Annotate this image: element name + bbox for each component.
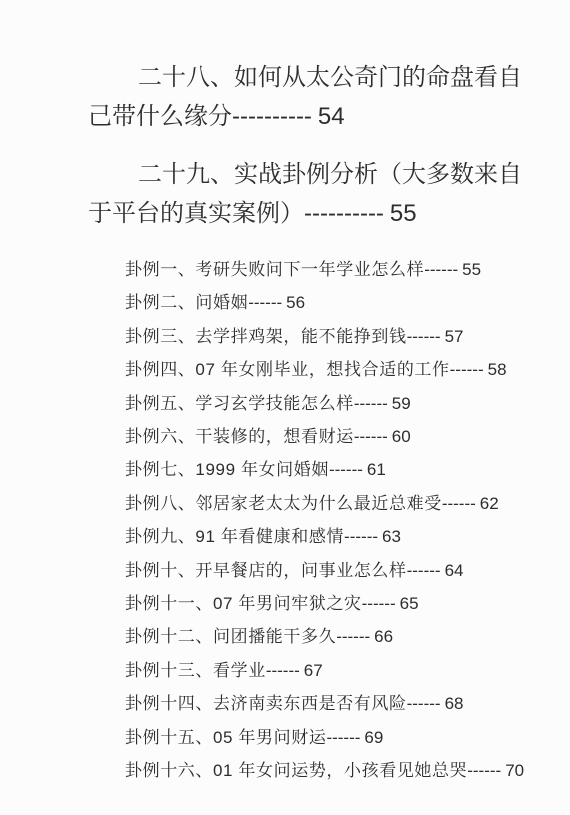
toc-entry-10-page-number: 64	[445, 561, 464, 580]
toc-entry-12: 卦例十二、问团播能干多久------66	[125, 620, 545, 653]
toc-entry-1-leader: ------	[424, 260, 458, 279]
toc-entry-9-leader: ------	[344, 527, 378, 546]
toc-entry-8-label: 卦例八、邻居家老太太为什么最近总难受	[125, 494, 442, 513]
toc-entry-4-leader: ------	[450, 360, 484, 379]
toc-entry-list: 卦例一、考研失败问下一年学业怎么样------55 卦例二、问婚姻------5…	[125, 253, 545, 788]
toc-entry-2: 卦例二、问婚姻------56	[125, 286, 545, 319]
toc-entry-10: 卦例十、开早餐店的，问事业怎么样------64	[125, 554, 545, 587]
toc-entry-13: 卦例十三、看学业------67	[125, 654, 545, 687]
toc-entry-6-label: 卦例六、干装修的，想看财运	[125, 427, 354, 446]
toc-heading-29: 二十九、实战卦例分析（大多数来自 于平台的真实案例）----------55	[88, 155, 533, 233]
toc-entry-9-page-number: 63	[382, 527, 401, 546]
toc-entry-16-leader: ------	[467, 761, 501, 780]
toc-entry-15-page-number: 69	[364, 728, 383, 747]
toc-entry-14-label: 卦例十四、去济南卖东西是否有风险	[125, 694, 407, 713]
toc-entry-6-page-number: 60	[392, 427, 411, 446]
toc-entry-11-label: 卦例十一、07 年男问牢狱之灾	[125, 594, 362, 613]
toc-entry-8-page-number: 62	[480, 494, 499, 513]
toc-entry-9-label: 卦例九、91 年看健康和感情	[125, 527, 344, 546]
toc-entry-7-page-number: 61	[367, 460, 386, 479]
toc-entry-14: 卦例十四、去济南卖东西是否有风险------68	[125, 687, 545, 720]
toc-entry-5-page-number: 59	[392, 394, 411, 413]
toc-entry-4-page-number: 58	[488, 360, 507, 379]
toc-entry-16: 卦例十六、01 年女问运势，小孩看见她总哭------70	[125, 754, 545, 787]
toc-entry-16-page-number: 70	[505, 761, 524, 780]
toc-heading-28-line2: 己带什么缘分----------54	[88, 97, 533, 136]
toc-entry-8: 卦例八、邻居家老太太为什么最近总难受------62	[125, 487, 545, 520]
toc-entry-12-label: 卦例十二、问团播能干多久	[125, 627, 336, 646]
toc-entry-4-label: 卦例四、07 年女刚毕业，想找合适的工作	[125, 360, 450, 379]
toc-entry-5-label: 卦例五、学习玄学技能怎么样	[125, 394, 354, 413]
toc-entry-3-page-number: 57	[445, 327, 464, 346]
toc-heading-28: 二十八、如何从太公奇门的命盘看自 己带什么缘分----------54	[88, 58, 533, 136]
toc-entry-3: 卦例三、去学拌鸡架，能不能挣到钱------57	[125, 320, 545, 353]
toc-entry-6: 卦例六、干装修的，想看财运------60	[125, 420, 545, 453]
toc-heading-29-page-number: 55	[390, 200, 417, 227]
toc-heading-29-leader: ----------	[304, 200, 384, 227]
toc-entry-1: 卦例一、考研失败问下一年学业怎么样------55	[125, 253, 545, 286]
toc-entry-7-label: 卦例七、1999 年女问婚姻	[125, 460, 329, 479]
toc-entry-7: 卦例七、1999 年女问婚姻------61	[125, 453, 545, 486]
toc-entry-9: 卦例九、91 年看健康和感情------63	[125, 520, 545, 553]
toc-entry-15: 卦例十五、05 年男问财运------69	[125, 721, 545, 754]
toc-entry-7-leader: ------	[329, 460, 363, 479]
toc-heading-28-page-number: 54	[318, 103, 345, 130]
toc-heading-28-leader: ----------	[232, 103, 312, 130]
toc-entry-11: 卦例十一、07 年男问牢狱之灾------65	[125, 587, 545, 620]
toc-entry-15-leader: ------	[326, 728, 360, 747]
toc-entry-2-page-number: 56	[286, 293, 305, 312]
toc-entry-5: 卦例五、学习玄学技能怎么样------59	[125, 387, 545, 420]
toc-entry-15-label: 卦例十五、05 年男问财运	[125, 728, 326, 747]
toc-heading-28-line2-text: 己带什么缘分	[88, 103, 232, 130]
toc-entry-1-label: 卦例一、考研失败问下一年学业怎么样	[125, 260, 424, 279]
toc-entry-14-leader: ------	[407, 694, 441, 713]
toc-entry-13-page-number: 67	[304, 661, 323, 680]
toc-entry-16-label: 卦例十六、01 年女问运势，小孩看见她总哭	[125, 761, 467, 780]
document-page: 二十八、如何从太公奇门的命盘看自 己带什么缘分----------54 二十九、…	[0, 0, 570, 815]
toc-entry-12-page-number: 66	[374, 627, 393, 646]
toc-entry-5-leader: ------	[354, 394, 388, 413]
toc-entry-10-label: 卦例十、开早餐店的，问事业怎么样	[125, 561, 407, 580]
toc-heading-28-line1: 二十八、如何从太公奇门的命盘看自	[88, 58, 533, 97]
toc-entry-10-leader: ------	[407, 561, 441, 580]
toc-entry-11-page-number: 65	[400, 594, 419, 613]
toc-entry-13-label: 卦例十三、看学业	[125, 661, 266, 680]
toc-entry-2-label: 卦例二、问婚姻	[125, 293, 248, 312]
toc-entry-11-leader: ------	[362, 594, 396, 613]
toc-entry-6-leader: ------	[354, 427, 388, 446]
toc-entry-4: 卦例四、07 年女刚毕业，想找合适的工作------58	[125, 353, 545, 386]
toc-entry-3-leader: ------	[407, 327, 441, 346]
toc-entry-3-label: 卦例三、去学拌鸡架，能不能挣到钱	[125, 327, 407, 346]
toc-entry-8-leader: ------	[442, 494, 476, 513]
toc-entry-1-page-number: 55	[462, 260, 481, 279]
toc-entry-12-leader: ------	[336, 627, 370, 646]
toc-heading-29-line1: 二十九、实战卦例分析（大多数来自	[88, 155, 533, 194]
toc-entry-13-leader: ------	[266, 661, 300, 680]
toc-heading-29-line2: 于平台的真实案例）----------55	[88, 194, 533, 233]
toc-heading-29-line2-text: 于平台的真实案例）	[88, 200, 304, 227]
toc-entry-14-page-number: 68	[445, 694, 464, 713]
toc-entry-2-leader: ------	[248, 293, 282, 312]
